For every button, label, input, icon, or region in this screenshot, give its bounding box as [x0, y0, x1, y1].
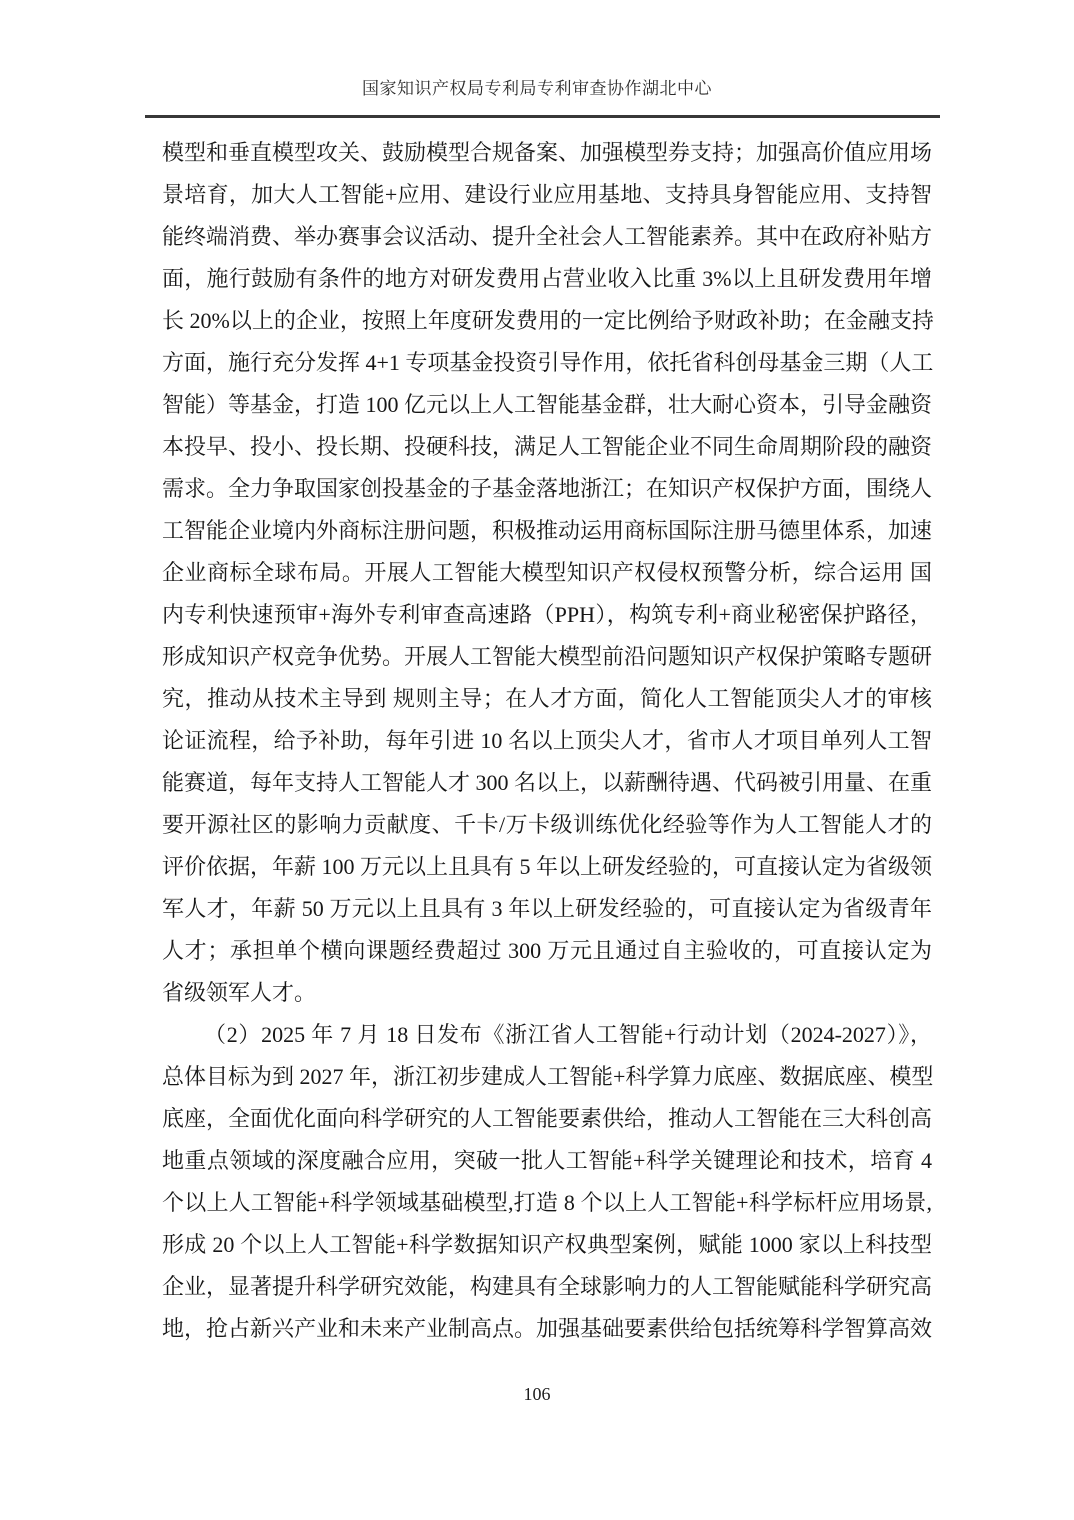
- text-line: 地，抢占新兴产业和未来产业制高点。加强基础要素供给包括统筹科学智算高效: [162, 1308, 932, 1350]
- text-line: 需求。全力争取国家创投基金的子基金落地浙江；在知识产权保护方面，围绕人: [162, 468, 932, 510]
- text-line: 形成知识产权竞争优势。开展人工智能大模型前沿问题知识产权保护策略专题研: [162, 636, 932, 678]
- text-line: 智能）等基金，打造 100 亿元以上人工智能基金群，壮大耐心资本，引导金融资: [162, 384, 932, 426]
- paragraph-1: 模型和垂直模型攻关、鼓励模型合规备案、加强模型券支持；加强高价值应用场景培育，加…: [162, 132, 932, 1014]
- text-line: 究，推动从技术主导到 规则主导；在人才方面，简化人工智能顶尖人才的审核: [162, 678, 932, 720]
- text-line: 论证流程，给予补助，每年引进 10 名以上顶尖人才，省市人才项目单列人工智: [162, 720, 932, 762]
- text-line: 要开源社区的影响力贡献度、千卡/万卡级训练优化经验等作为人工智能人才的: [162, 804, 932, 846]
- text-line: 面，施行鼓励有条件的地方对研发费用占营业收入比重 3%以上且研发费用年增: [162, 258, 932, 300]
- text-line: 能赛道，每年支持人工智能人才 300 名以上，以薪酬待遇、代码被引用量、在重: [162, 762, 932, 804]
- text-line: 模型和垂直模型攻关、鼓励模型合规备案、加强模型券支持；加强高价值应用场: [162, 132, 932, 174]
- text-line: 底座，全面优化面向科学研究的人工智能要素供给，推动人工智能在三大科创高: [162, 1098, 932, 1140]
- page-number: 106: [0, 1384, 1074, 1405]
- text-line: 企业，显著提升科学研究效能，构建具有全球影响力的人工智能赋能科学研究高: [162, 1266, 932, 1308]
- document-page: 国家知识产权局专利局专利审查协作湖北中心 模型和垂直模型攻关、鼓励模型合规备案、…: [0, 0, 1074, 1520]
- text-line: 方面，施行充分发挥 4+1 专项基金投资引导作用，依托省科创母基金三期（人工: [162, 342, 932, 384]
- text-line: （2）2025 年 7 月 18 日发布《浙江省人工智能+行动计划（2024-2…: [162, 1014, 932, 1056]
- text-line: 评价依据，年薪 100 万元以上且具有 5 年以上研发经验的，可直接认定为省级领: [162, 846, 932, 888]
- header-rule: [145, 115, 940, 118]
- text-line: 能终端消费、举办赛事会议活动、提升全社会人工智能素养。其中在政府补贴方: [162, 216, 932, 258]
- text-line: 省级领军人才。: [162, 972, 932, 1014]
- text-line: 景培育，加大人工智能+应用、建设行业应用基地、支持具身智能应用、支持智: [162, 174, 932, 216]
- text-line: 形成 20 个以上人工智能+科学数据知识产权典型案例，赋能 1000 家以上科技…: [162, 1224, 932, 1266]
- text-line: 工智能企业境内外商标注册问题，积极推动运用商标国际注册马德里体系，加速: [162, 510, 932, 552]
- text-line: 本投早、投小、投长期、投硬科技，满足人工智能企业不同生命周期阶段的融资: [162, 426, 932, 468]
- document-header-title: 国家知识产权局专利局专利审查协作湖北中心: [0, 74, 1074, 99]
- text-line: 地重点领域的深度融合应用，突破一批人工智能+科学关键理论和技术，培育 4: [162, 1140, 932, 1182]
- text-line: 内专利快速预审+海外专利审查高速路（PPH），构筑专利+商业秘密保护路径，: [162, 594, 932, 636]
- document-body: 模型和垂直模型攻关、鼓励模型合规备案、加强模型券支持；加强高价值应用场景培育，加…: [162, 132, 932, 1350]
- text-line: 企业商标全球布局。开展人工智能大模型知识产权侵权预警分析，综合运用 国: [162, 552, 932, 594]
- paragraph-2: （2）2025 年 7 月 18 日发布《浙江省人工智能+行动计划（2024-2…: [162, 1014, 932, 1350]
- text-line: 长 20%以上的企业，按照上年度研发费用的一定比例给予财政补助；在金融支持: [162, 300, 932, 342]
- text-line: 人才；承担单个横向课题经费超过 300 万元且通过自主验收的，可直接认定为: [162, 930, 932, 972]
- text-line: 军人才，年薪 50 万元以上且具有 3 年以上研发经验的，可直接认定为省级青年: [162, 888, 932, 930]
- text-line: 个以上人工智能+科学领域基础模型,打造 8 个以上人工智能+科学标杆应用场景,: [162, 1182, 932, 1224]
- text-line: 总体目标为到 2027 年，浙江初步建成人工智能+科学算力底座、数据底座、模型: [162, 1056, 932, 1098]
